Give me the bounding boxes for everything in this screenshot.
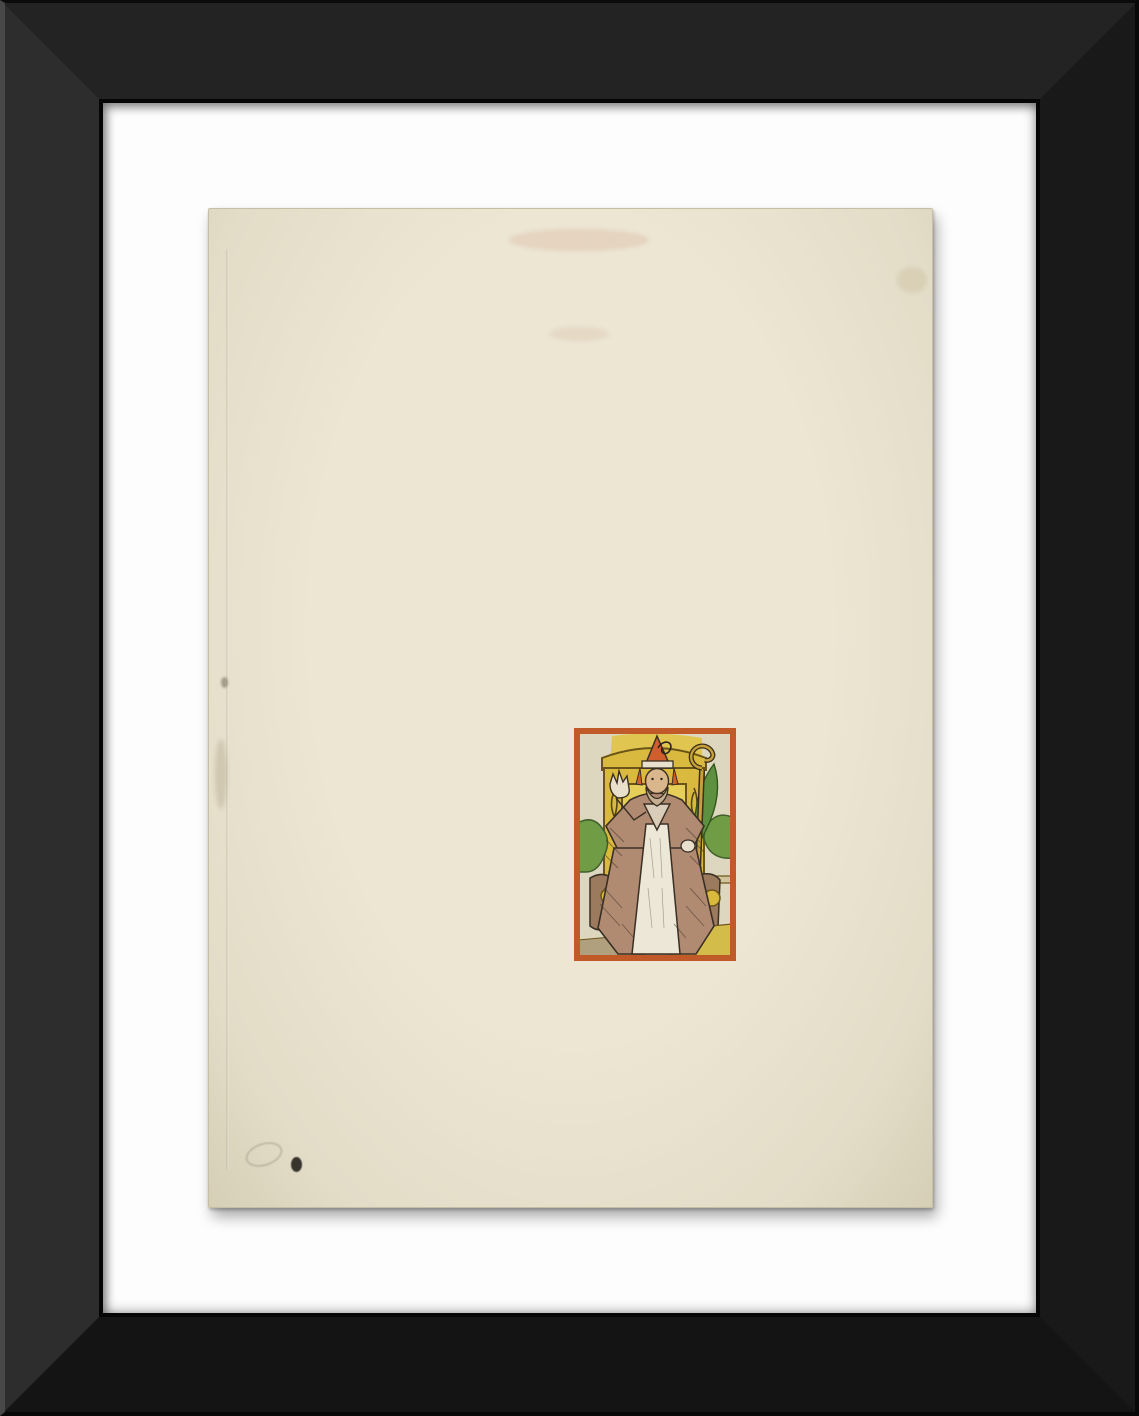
collection-stamp — [242, 1138, 285, 1172]
crozier-hand — [681, 840, 695, 852]
corner-stain — [897, 267, 927, 293]
ink-blot — [291, 1157, 302, 1172]
framed-artwork — [0, 0, 1139, 1416]
mitre-band — [642, 761, 673, 768]
ink-offset-stain — [509, 229, 649, 251]
bishop-face — [646, 769, 669, 794]
left-eye — [651, 778, 653, 780]
right-eye — [660, 778, 662, 780]
page-crease — [226, 249, 229, 1169]
red-ghost-stain — [549, 327, 609, 341]
woodcut-illustration — [574, 728, 736, 961]
manuscript-page — [208, 208, 933, 1208]
